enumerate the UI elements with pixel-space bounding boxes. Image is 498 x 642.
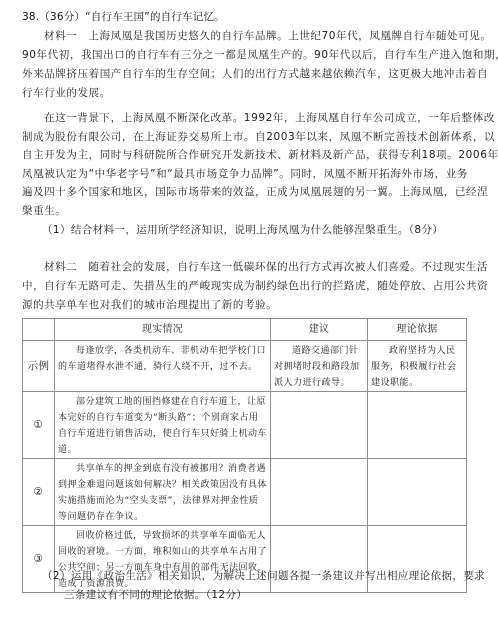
row-situation: 每逢放学，各类机动车、非机动车把学校门口的车道堵得水泄不通，骑行人绕不开，过不去… (55, 341, 271, 392)
material1-p2-line4: 凤凰被认定为“中华老字号”和“最具市场竞争力品牌”。同时，凤凰不断开拓海外市场，… (22, 167, 472, 181)
header-blank (23, 319, 55, 341)
material2-line3: 源的共享单车也对我们的城市治理提出了新的考验。 (22, 298, 472, 312)
material1-p2-line3: 自主开发为主，同时与科研院所合作研究开发新技术、新材料及新产品，获得专利18项。… (22, 148, 472, 162)
row-basis-blank (368, 392, 467, 459)
row-label: ① (23, 392, 55, 459)
header-situation: 现实情况 (55, 319, 271, 341)
header-basis: 理论依据 (368, 319, 467, 341)
material1-p2-line6: 槃重生。 (22, 204, 472, 218)
material2-line1: 材料二 随着社会的发展，自行车这一低碳环保的出行方式再次被人们喜爱。不过现实生活 (44, 260, 472, 274)
table-row-example: 示例 每逢放学，各类机动车、非机动车把学校门口的车道堵得水泄不通，骑行人绕不开，… (23, 341, 467, 392)
row-suggestion: 道路交通部门针对拥堵时段和路段加派人力进行疏导。 (271, 341, 368, 392)
material1-p2-line2: 制成为股份有限公司，在上海证券交易所上市。自2003年以来，凤凰不断完善技术创新… (22, 130, 472, 144)
material1-p1-line2: 90年代初，我国出口的自行车有三分之一都是凤凰生产的。90年代以后，自行车生产进… (22, 48, 472, 62)
material1-p1-line1: 材料一 上海凤凰是我国历史悠久的自行车品牌。上世纪70年代，凤凰牌自行车随处可见… (44, 29, 472, 43)
row-situation: 部分建筑工地的围挡修建在自行车道上，让原本完好的自行车道变为“断头路”；个别商家… (55, 392, 271, 459)
sub-question-2-line1: （2）运用《政治生活》相关知识，为解决上述问题各提一条建议并写出相应理论依据，要… (42, 569, 492, 583)
table-row-2: ② 共享单车的押金到底有没有被挪用？消费者遇到押金难退问题该如何解决？相关政策因… (23, 459, 467, 526)
material2-line2: 中，自行车无路可走、失措丛生的严峻现实成为制约绿色出行的拦路虎，随处停放、占用公… (22, 279, 472, 293)
material1-p1-line3: 外来品牌挤压着国产自行车的生存空间；人们的出行方式越来越依赖汽车，这更极大地冲击… (22, 67, 472, 81)
row-label: ② (23, 459, 55, 526)
row-basis-blank (368, 459, 467, 526)
question-title: 38.（36分）“自行车王国”的自行车记忆。 (22, 10, 472, 24)
sub-question-2-line2: 三条建议有不同的理论依据。（12分） (64, 588, 498, 602)
table-header-row: 现实情况 建议 理论依据 (23, 319, 467, 341)
material1-p2-line1: 在这一背景下，上海凤凰不断深化改革。1992年，上海凤凰自行车公司成立，一年后整… (44, 111, 472, 125)
sub-question-1: （1）结合材料一，运用所学经济知识，说明上海凤凰为什么能够涅槃重生。（8分） (42, 223, 492, 237)
material1-p2-line5: 遍及四十多个国家和地区，国际市场带来的效益，正成为凤凰展翅的另一翼。上海凤凰，已… (22, 185, 472, 199)
row-situation: 共享单车的押金到底有没有被挪用？消费者遇到押金难退问题该如何解决？相关政策因没有… (55, 459, 271, 526)
row-basis: 政府坚持为人民服务，积极履行社会建设职能。 (368, 341, 467, 392)
answer-table: 现实情况 建议 理论依据 示例 每逢放学，各类机动车、非机动车把学校门口的车道堵… (22, 318, 467, 593)
row-label: 示例 (23, 341, 55, 392)
row-suggestion-blank (271, 392, 368, 459)
row-suggestion-blank (271, 459, 368, 526)
material1-p1-line4: 行车行业的发展。 (22, 86, 472, 100)
header-suggestion: 建议 (271, 319, 368, 341)
table-row-1: ① 部分建筑工地的围挡修建在自行车道上，让原本完好的自行车道变为“断头路”；个别… (23, 392, 467, 459)
